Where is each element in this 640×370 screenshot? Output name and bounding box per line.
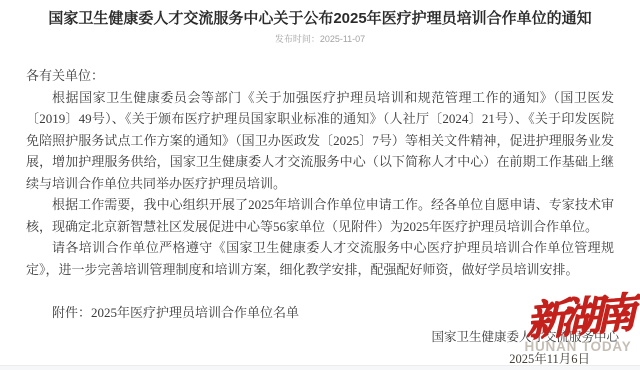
paragraph-basis: 根据国家卫生健康委员会等部门《关于加强医疗护理员培训和规范管理工作的通知》（国卫… [26, 87, 614, 195]
paragraph-requirements: 请各培训合作单位严格遵守《国家卫生健康委人才交流服务中心医疗护理员培训合作单位管… [26, 237, 614, 280]
notice-page: 国家卫生健康委人才交流服务中心关于公布2025年医疗护理员培训合作单位的通知 发… [0, 0, 640, 370]
paragraph-selection: 根据工作需要，我中心组织开展了2025年培训合作单位申请工作。经各单位自愿申请、… [26, 194, 614, 237]
attachment-line: 附件：2025年医疗护理员培训合作单位名单 [26, 302, 614, 324]
page-title: 国家卫生健康委人才交流服务中心关于公布2025年医疗护理员培训合作单位的通知 [0, 0, 640, 29]
publish-time: 发布时间：2025-11-07 [0, 34, 640, 45]
signature-date: 2025年11月6日 [431, 352, 619, 367]
salutation: 各有关单位： [26, 65, 614, 87]
signature-block: 国家卫生健康委人才交流服务中心 2025年11月6日 [431, 329, 619, 367]
signature-issuer: 国家卫生健康委人才交流服务中心 [431, 329, 619, 345]
notice-body: 各有关单位： 根据国家卫生健康委员会等部门《关于加强医疗护理员培训和规范管理工作… [26, 65, 614, 324]
